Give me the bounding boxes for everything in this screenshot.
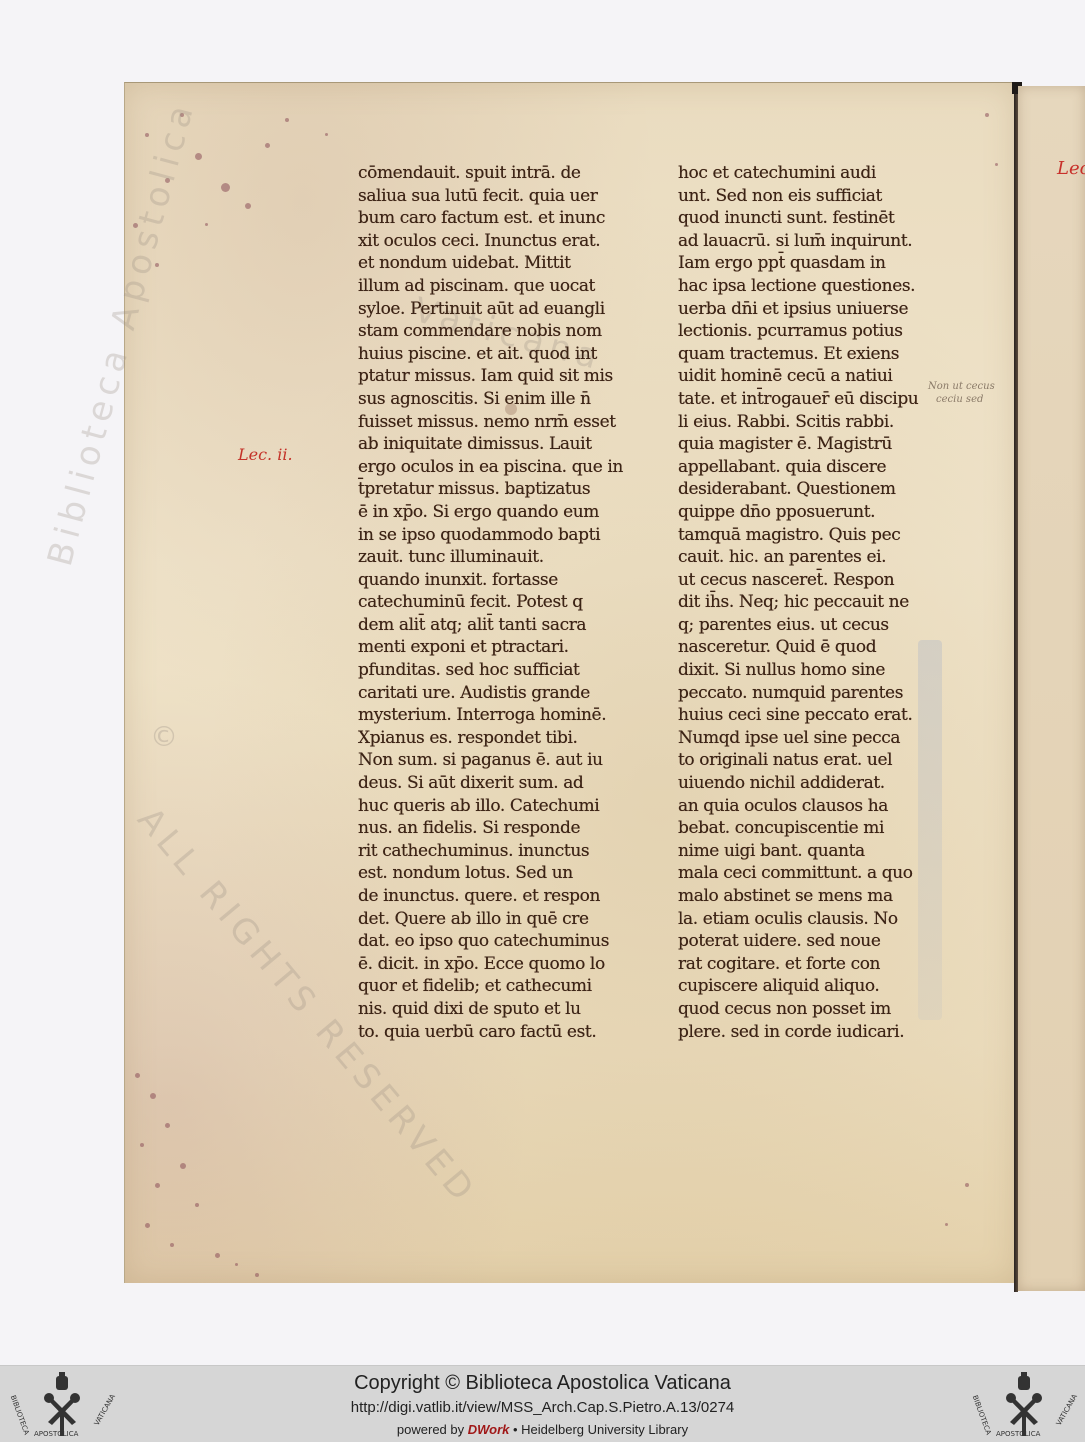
manuscript-line: menti exponi et ptractari. [358,636,638,659]
manuscript-line: dit ih̄s. Neq; hic peccauit ne [678,591,958,614]
manuscript-line: zauit. tunc illuminauit. [358,546,638,569]
manuscript-line: ptatur missus. Iam quid sit mis [358,365,638,388]
manuscript-line: det. Quere ab illo in quē cre [358,908,638,931]
manuscript-line: appellabant. quia discere [678,456,958,479]
manuscript-line: mala ceci committunt. a quo [678,862,958,885]
manuscript-line: la. etiam oculis clausis. No [678,908,958,931]
watermark-copyright-symbol: © [150,720,178,753]
manuscript-line: dat. eo ipso quo catechuminus [358,930,638,953]
manuscript-line: illum ad piscinam. que uocat [358,275,638,298]
manuscript-line: bebat. concupiscentie mi [678,817,958,840]
manuscript-line: quando inunxit. fortasse [358,569,638,592]
manuscript-line: ad lauacrū. si lum̄ inquirunt. [678,230,958,253]
permalink-url[interactable]: http://digi.vatlib.it/view/MSS_Arch.Cap.… [0,1399,1085,1416]
manuscript-line: Xpianus es. respondet tibi. [358,727,638,750]
text-column-right: hoc et catechumini audiunt. Sed non eis … [678,162,958,1043]
manuscript-line: sus agnoscitis. Si enim ille n̄ [358,388,638,411]
powered-by-prefix: powered by [397,1422,468,1437]
svg-text:APOSTOLICA: APOSTOLICA [996,1430,1041,1438]
manuscript-line: et nondum uidebat. Mittit [358,252,638,275]
manuscript-line: in se ipso quodammodo bapti [358,524,638,547]
manuscript-line: cupiscere aliquid aliquo. [678,975,958,998]
manuscript-line: bum caro factum est. et inunc [358,207,638,230]
manuscript-line: desiderabant. Questionem [678,478,958,501]
manuscript-line: nis. quid dixi de sputo et lu [358,998,638,1021]
manuscript-line: caritati ure. Audistis grande [358,682,638,705]
manuscript-line: huius piscine. et ait. quod int [358,343,638,366]
dwork-brand-link[interactable]: DWork [468,1422,510,1437]
manuscript-line: nus. an fidelis. Si responde [358,817,638,840]
manuscript-line: lectionis. pcurramus potius [678,320,958,343]
manuscript-line: ergo oculos in ea piscina. que in [358,456,638,479]
manuscript-line: peccato. numquid parentes [678,682,958,705]
manuscript-line: xit oculos ceci. Inunctus erat. [358,230,638,253]
copyright-text: Copyright © Biblioteca Apostolica Vatica… [0,1372,1085,1395]
manuscript-line: pfunditas. sed hoc sufficiat [358,659,638,682]
manuscript-line: ut cecus nasceret̄. Respon [678,569,958,592]
manuscript-line: quor et fidelib; et cathecumi [358,975,638,998]
manuscript-line: stam commendare nobis nom [358,320,638,343]
manuscript-line: dem alit̄ atq; alit̄ tanti sacra [358,614,638,637]
manuscript-line: dixit. Si nullus homo sine [678,659,958,682]
manuscript-line: t̄pretatur missus. baptizatus [358,478,638,501]
manuscript-line: unt. Sed non eis sufficiat [678,185,958,208]
manuscript-line: ē in xp̄o. Si ergo quando eum [358,501,638,524]
manuscript-line: poterat uidere. sed noue [678,930,958,953]
manuscript-line: an quia oculos clausos ha [678,795,958,818]
manuscript-line: deus. Si aūt dixerit sum. ad [358,772,638,795]
manuscript-line: uiuendo nichil addiderat. [678,772,958,795]
vatican-library-logo-icon: BIBLIOTECA APOSTOLICA VATICANA [968,1370,1080,1440]
manuscript-line: tate. et int̄rogauer̄ eū discipu [678,388,958,411]
manuscript-line: rit cathechuminus. inunctus [358,840,638,863]
manuscript-line: huius ceci sine peccato erat. [678,704,958,727]
manuscript-line: uerba dn̄i et ipsius uniuerse [678,298,958,321]
manuscript-line: cōmendauit. spuit intrā. de [358,162,638,185]
manuscript-line: uidit hominē cecū a natiui [678,365,958,388]
manuscript-line: rat cogitare. et forte con [678,953,958,976]
manuscript-line: fuisset missus. nemo nrm̄ esset [358,411,638,434]
next-folio-edge [1018,86,1085,1291]
manuscript-line: Iam ergo ppt̄ quasdam in [678,252,958,275]
manuscript-line: nime uigi bant. quanta [678,840,958,863]
manuscript-line: ē. dicit. in xp̄o. Ecce quomo lo [358,953,638,976]
powered-by-line: powered by DWork • Heidelberg University… [0,1422,1085,1437]
manuscript-line: syloe. Pertinuit aūt ad euangli [358,298,638,321]
manuscript-viewer: Biblioteca Apostolica ALL RIGHTS RESERVE… [0,0,1085,1365]
manuscript-line: tamquā magistro. Quis pec [678,524,958,547]
manuscript-line: to originali natus erat. uel [678,749,958,772]
manuscript-line: quippe dn̄o pposuerunt. [678,501,958,524]
rubric-lectio: Lec. ii. [238,445,293,464]
manuscript-line: to. quia uerbū caro factū est. [358,1021,638,1044]
manuscript-line: est. nondum lotus. Sed un [358,862,638,885]
svg-text:VATICANA: VATICANA [1055,1393,1079,1427]
manuscript-line: Non sum. si paganus ē. aut iu [358,749,638,772]
manuscript-line: de inunctus. quere. et respon [358,885,638,908]
manuscript-line: q; parentes eius. ut cecus [678,614,958,637]
next-page-rubric: Lec [1057,158,1085,179]
manuscript-line: saliua sua lutū fecit. quia uer [358,185,638,208]
manuscript-line: li eius. Rabbi. Scitis rabbi. [678,411,958,434]
manuscript-line: huc queris ab illo. Catechumi [358,795,638,818]
manuscript-line: plere. sed in corde iudicari. [678,1021,958,1044]
manuscript-line: Numqd ipse uel sine pecca [678,727,958,750]
manuscript-line: nasceretur. Quid ē quod [678,636,958,659]
svg-text:BIBLIOTECA: BIBLIOTECA [971,1394,993,1436]
manuscript-line: malo abstinet se mens ma [678,885,958,908]
manuscript-line: mysterium. Interroga hominē. [358,704,638,727]
manuscript-line: quia magister ē. Magistrū [678,433,958,456]
manuscript-line: catechuminū fecit. Potest q [358,591,638,614]
manuscript-line: quod inuncti sunt. festinēt [678,207,958,230]
text-column-left: cōmendauit. spuit intrā. desaliua sua lu… [358,162,638,1043]
copyright-footer: BIBLIOTECA APOSTOLICA VATICANA Copyright… [0,1365,1085,1442]
powered-by-suffix: • Heidelberg University Library [509,1422,688,1437]
manuscript-line: quam tractemus. Et exiens [678,343,958,366]
manuscript-line: hoc et catechumini audi [678,162,958,185]
manuscript-line: quod cecus non posset im [678,998,958,1021]
manuscript-line: ab iniquitate dimissus. Lauit [358,433,638,456]
manuscript-line: cauit. hic. an parentes ei. [678,546,958,569]
manuscript-line: hac ipsa lectione questiones. [678,275,958,298]
